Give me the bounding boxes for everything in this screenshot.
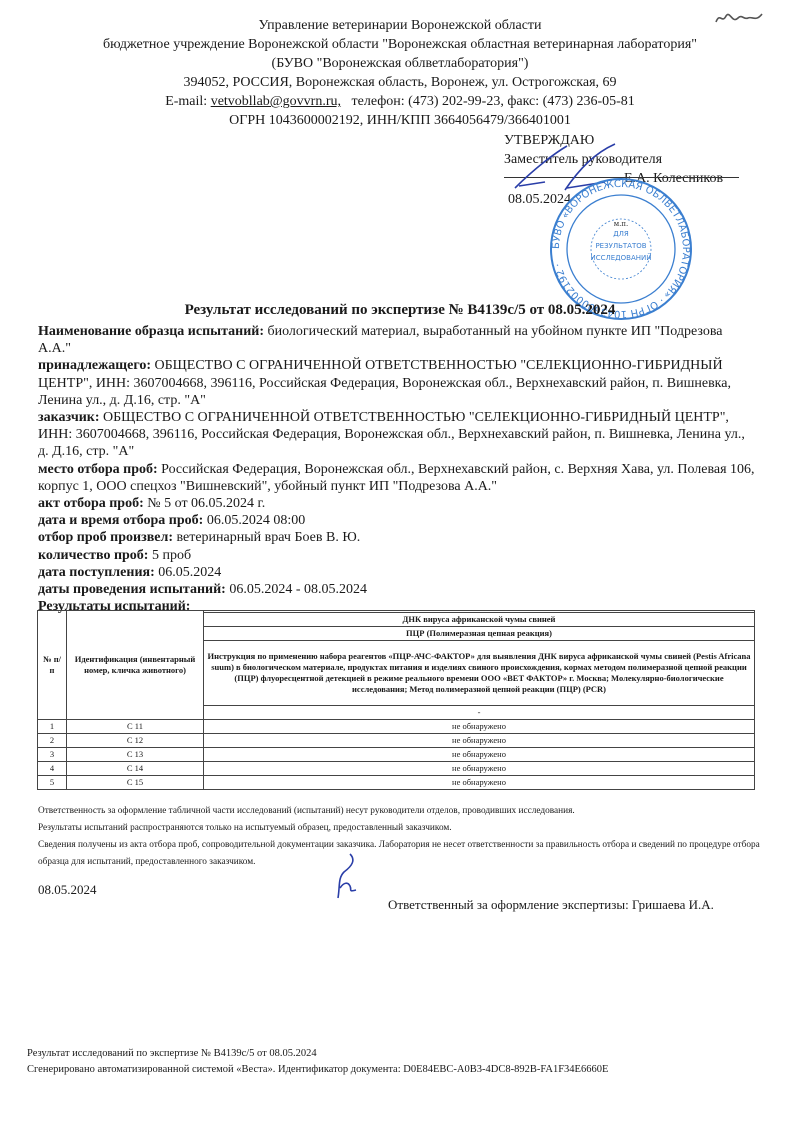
row-identification: С 14 bbox=[67, 762, 204, 776]
field-received-date: дата поступления: 06.05.2024 bbox=[38, 564, 758, 581]
header-ogrn: ОГРН 1043600002192, ИНН/КПП 3664056479/3… bbox=[0, 111, 800, 130]
disclaimer-notes: Ответственность за оформление табличной … bbox=[38, 803, 768, 871]
field-value: 5 проб bbox=[152, 548, 191, 563]
method-header: ПЦР (Полимеразная цепная реакция) bbox=[204, 627, 755, 641]
row-result: не обнаружено bbox=[204, 720, 755, 734]
field-value: № 5 от 06.05.2024 г. bbox=[147, 496, 265, 511]
field-label: место отбора проб: bbox=[38, 462, 158, 477]
row-identification: С 15 bbox=[67, 776, 204, 790]
row-identification: С 12 bbox=[67, 734, 204, 748]
responsible-signature-icon bbox=[322, 852, 372, 902]
field-label: отбор проб произвел: bbox=[38, 530, 173, 545]
generated-line-2: Сгенерировано автоматизированной системо… bbox=[27, 1062, 608, 1078]
org-header: Управление ветеринарии Воронежской облас… bbox=[0, 16, 800, 130]
table-row: 1С 11не обнаружено bbox=[38, 720, 755, 734]
table-row: 3С 13не обнаружено bbox=[38, 748, 755, 762]
field-test-dates: даты проведения испытаний: 06.05.2024 - … bbox=[38, 581, 758, 598]
initials-signature-icon bbox=[712, 6, 772, 28]
field-sample-name: Наименование образца испытаний: биологич… bbox=[38, 323, 758, 357]
row-number: 5 bbox=[38, 776, 67, 790]
field-owner: принадлежащего: ОБЩЕСТВО С ОГРАНИЧЕННОЙ … bbox=[38, 357, 758, 409]
svg-text:ИССЛЕДОВАНИЙ: ИССЛЕДОВАНИЙ bbox=[590, 253, 651, 262]
field-label: принадлежащего: bbox=[38, 358, 151, 373]
row-number: 1 bbox=[38, 720, 67, 734]
field-sampling-place: место отбора проб: Российская Федерация,… bbox=[38, 461, 758, 495]
email-label: E-mail: bbox=[165, 94, 207, 109]
col-header-identification: Идентификация (инвентарный номер, кличка… bbox=[67, 611, 204, 720]
normative-header: Инструкция по применению набора реагенто… bbox=[204, 641, 755, 706]
footer-date: 08.05.2024 bbox=[38, 882, 97, 898]
field-label: количество проб: bbox=[38, 548, 148, 563]
document-title: Результат исследований по экспертизе № В… bbox=[0, 302, 800, 319]
row-number: 4 bbox=[38, 762, 67, 776]
responsible-person: Ответственный за оформление экспертизы: … bbox=[388, 897, 714, 913]
table-row: 5С 15не обнаружено bbox=[38, 776, 755, 790]
note-2: Результаты испытаний распространяются то… bbox=[38, 820, 768, 837]
svg-text:РЕЗУЛЬТАТОВ: РЕЗУЛЬТАТОВ bbox=[595, 242, 646, 250]
field-label: дата поступления: bbox=[38, 565, 155, 580]
header-line-2: бюджетное учреждение Воронежской области… bbox=[0, 35, 800, 54]
official-stamp-icon: БУВО «ВОРОНЕЖСКАЯ ОБЛВЕТЛАБОРАТОРИЯ» · О… bbox=[548, 176, 694, 322]
note-3: Сведения получены из акта отбора проб, с… bbox=[38, 837, 768, 871]
row-result: не обнаружено bbox=[204, 748, 755, 762]
field-label: даты проведения испытаний: bbox=[38, 582, 226, 597]
header-address: 394052, РОССИЯ, Воронежская область, Вор… bbox=[0, 73, 800, 92]
field-label: Наименование образца испытаний: bbox=[38, 324, 264, 339]
phones: телефон: (473) 202-99-23, факс: (473) 23… bbox=[352, 94, 635, 109]
generated-line-1: Результат исследований по экспертизе № В… bbox=[27, 1046, 608, 1062]
field-value: ОБЩЕСТВО С ОГРАНИЧЕННОЙ ОТВЕТСТВЕННОСТЬЮ… bbox=[38, 410, 745, 459]
row-number: 3 bbox=[38, 748, 67, 762]
header-line-1: Управление ветеринарии Воронежской облас… bbox=[0, 16, 800, 35]
field-value: 06.05.2024 - 08.05.2024 bbox=[229, 582, 367, 597]
header-contacts: E-mail: vetvobllab@govvrn.ru, телефон: (… bbox=[0, 92, 800, 111]
sample-details: Наименование образца испытаний: биологич… bbox=[38, 323, 758, 615]
unit-header: - bbox=[204, 706, 755, 720]
email-link[interactable]: vetvobllab@govvrn.ru, bbox=[211, 94, 341, 109]
row-number: 2 bbox=[38, 734, 67, 748]
field-sampled-by: отбор проб произвел: ветеринарный врач Б… bbox=[38, 529, 758, 546]
row-result: не обнаружено bbox=[204, 776, 755, 790]
table-row: 4С 14не обнаружено bbox=[38, 762, 755, 776]
header-line-3: (БУВО "Воронежская облветлаборатория") bbox=[0, 54, 800, 73]
row-result: не обнаружено bbox=[204, 734, 755, 748]
svg-text:м.п.: м.п. bbox=[614, 220, 629, 228]
field-value: ветеринарный врач Боев В. Ю. bbox=[176, 530, 360, 545]
row-identification: С 13 bbox=[67, 748, 204, 762]
field-value: 06.05.2024 bbox=[158, 565, 221, 580]
field-value: 06.05.2024 08:00 bbox=[207, 513, 305, 528]
field-label: акт отбора проб: bbox=[38, 496, 144, 511]
field-sample-count: количество проб: 5 проб bbox=[38, 547, 758, 564]
field-customer: заказчик: ОБЩЕСТВО С ОГРАНИЧЕННОЙ ОТВЕТС… bbox=[38, 409, 758, 461]
row-identification: С 11 bbox=[67, 720, 204, 734]
field-label: заказчик: bbox=[38, 410, 100, 425]
field-sampling-act: акт отбора проб: № 5 от 06.05.2024 г. bbox=[38, 495, 758, 512]
generated-footer: Результат исследований по экспертизе № В… bbox=[27, 1046, 608, 1078]
table-row: 2С 12не обнаружено bbox=[38, 734, 755, 748]
svg-text:ДЛЯ: ДЛЯ bbox=[613, 230, 629, 238]
note-1: Ответственность за оформление табличной … bbox=[38, 803, 768, 820]
row-result: не обнаружено bbox=[204, 762, 755, 776]
results-table: № п/п Идентификация (инвентарный номер, … bbox=[37, 610, 755, 790]
indicator-header: ДНК вируса африканской чумы свиней bbox=[204, 613, 755, 627]
field-sampling-datetime: дата и время отбора проб: 06.05.2024 08:… bbox=[38, 512, 758, 529]
field-label: дата и время отбора проб: bbox=[38, 513, 203, 528]
col-header-number: № п/п bbox=[38, 611, 67, 720]
